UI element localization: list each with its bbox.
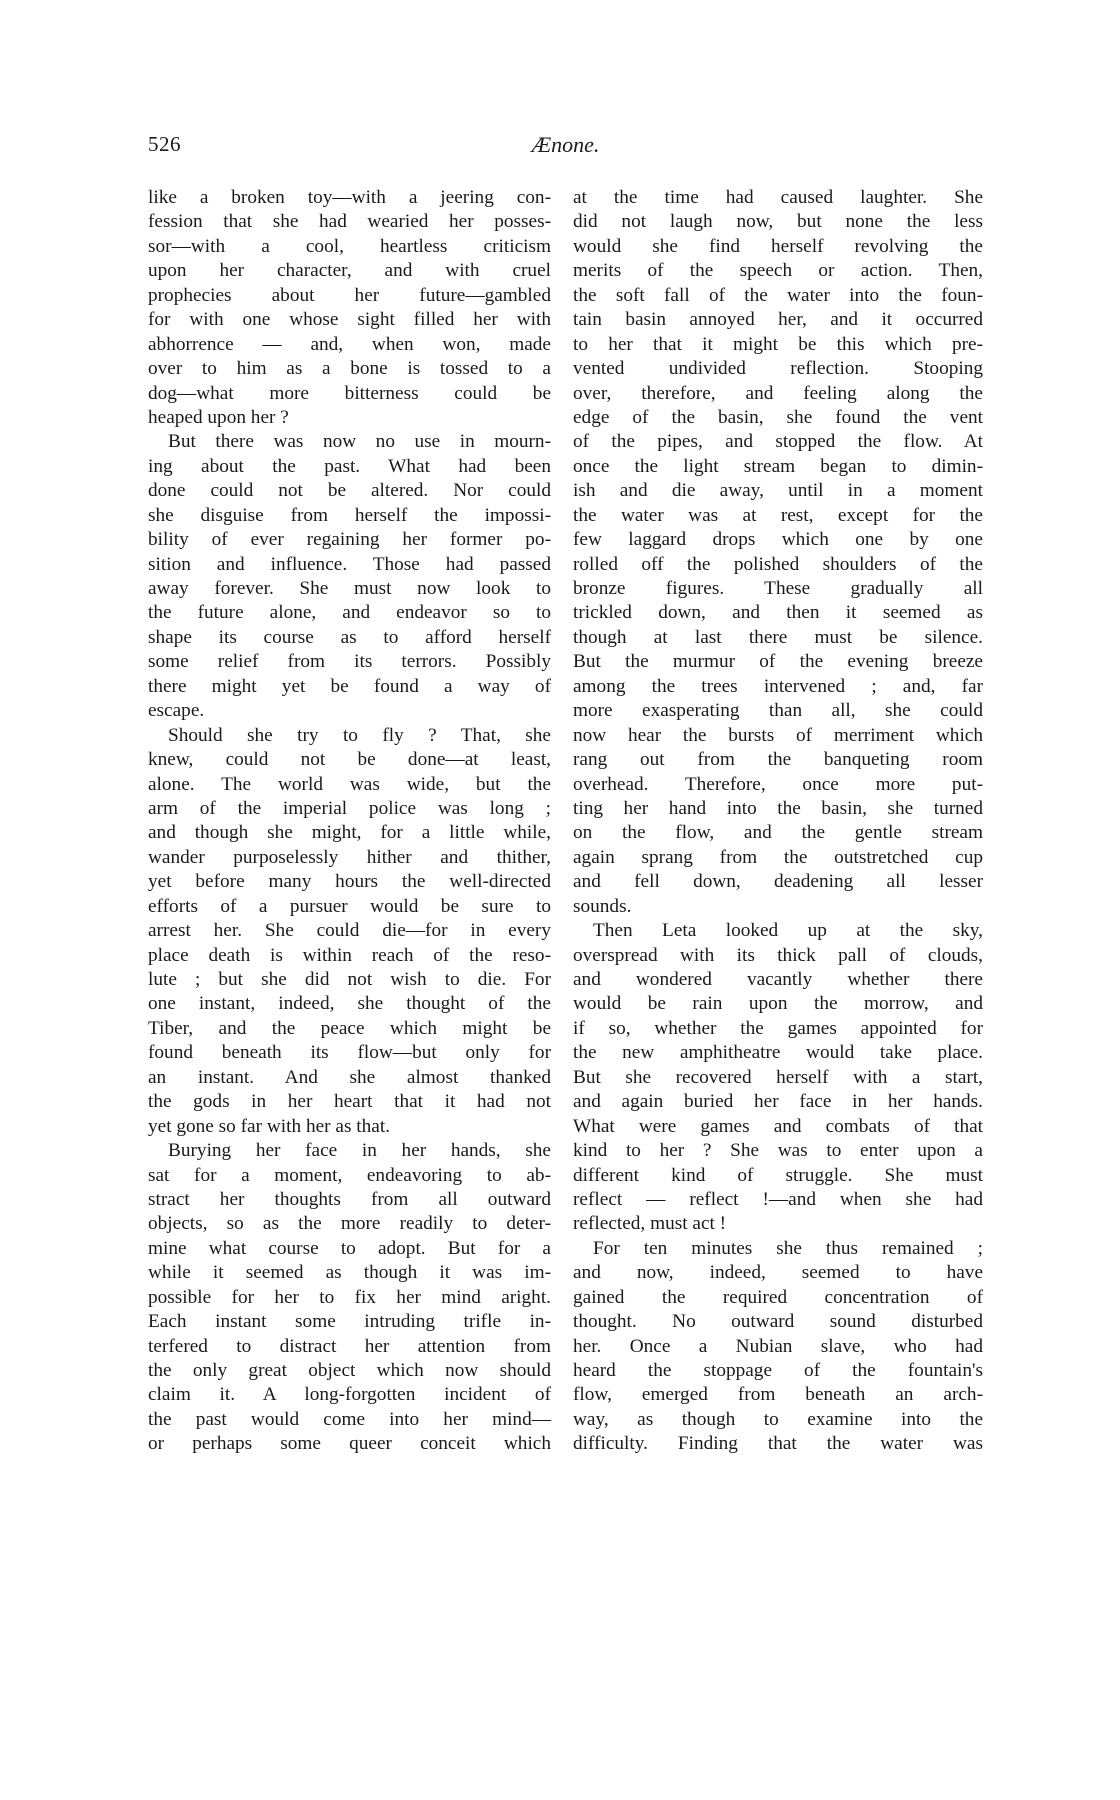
text-line: dog—what more bitterness could be bbox=[148, 382, 551, 406]
text-line: shape its course as to afford herself bbox=[148, 626, 551, 650]
text-line: claim it. A long-forgotten incident of bbox=[148, 1383, 551, 1407]
text-line: few laggard drops which one by one bbox=[573, 528, 983, 552]
text-line: on the flow, and the gentle stream bbox=[573, 821, 983, 845]
text-line: upon her character, and with cruel bbox=[148, 259, 551, 283]
text-line: kind to her ? She was to enter upon a bbox=[573, 1139, 983, 1163]
text-line: reflected, must act ! bbox=[573, 1212, 983, 1236]
text-line: place death is within reach of the reso- bbox=[148, 944, 551, 968]
text-line: escape. bbox=[148, 699, 551, 723]
text-line: Burying her face in her hands, she bbox=[148, 1139, 551, 1163]
text-line: But there was now no use in mourn- bbox=[148, 430, 551, 454]
text-line: Each instant some intruding trifle in- bbox=[148, 1310, 551, 1334]
text-line: bility of ever regaining her former po- bbox=[148, 528, 551, 552]
text-line: would be rain upon the morrow, and bbox=[573, 992, 983, 1016]
text-line: yet gone so far with her as that. bbox=[148, 1115, 551, 1139]
text-line: the new amphitheatre would take place. bbox=[573, 1041, 983, 1065]
text-line: wander purposelessly hither and thither, bbox=[148, 846, 551, 870]
text-line: trickled down, and then it seemed as bbox=[573, 601, 983, 625]
text-line: ing about the past. What had been bbox=[148, 455, 551, 479]
text-line: now hear the bursts of merriment which bbox=[573, 724, 983, 748]
text-line: some relief from its terrors. Possibly bbox=[148, 650, 551, 674]
text-line: to her that it might be this which pre- bbox=[573, 333, 983, 357]
text-line: the past would come into her mind— bbox=[148, 1408, 551, 1432]
text-line: Then Leta looked up at the sky, bbox=[573, 919, 983, 943]
text-line: among the trees intervened ; and, far bbox=[573, 675, 983, 699]
text-line: Tiber, and the peace which might be bbox=[148, 1017, 551, 1041]
text-line: the water was at rest, except for the bbox=[573, 504, 983, 528]
text-line: What were games and combats of that bbox=[573, 1115, 983, 1139]
text-line: the future alone, and endeavor so to bbox=[148, 601, 551, 625]
text-line: heard the stoppage of the fountain's bbox=[573, 1359, 983, 1383]
text-line: the gods in her heart that it had not bbox=[148, 1090, 551, 1114]
text-line: sounds. bbox=[573, 895, 983, 919]
text-line: possible for her to fix her mind aright. bbox=[148, 1286, 551, 1310]
text-line: sat for a moment, endeavoring to ab- bbox=[148, 1164, 551, 1188]
text-line: fession that she had wearied her posses- bbox=[148, 210, 551, 234]
text-line: her. Once a Nubian slave, who had bbox=[573, 1335, 983, 1359]
text-line: over to him as a bone is tossed to a bbox=[148, 357, 551, 381]
text-line: stract her thoughts from all outward bbox=[148, 1188, 551, 1212]
text-line: like a broken toy—with a jeering con- bbox=[148, 186, 551, 210]
text-line: if so, whether the games appointed for bbox=[573, 1017, 983, 1041]
text-line: bronze figures. These gradually all bbox=[573, 577, 983, 601]
text-line: rang out from the banqueting room bbox=[573, 748, 983, 772]
text-line: terfered to distract her attention from bbox=[148, 1335, 551, 1359]
text-line: again sprang from the outstretched cup bbox=[573, 846, 983, 870]
text-line: she disguise from herself the impossi- bbox=[148, 504, 551, 528]
text-line: vented undivided reflection. Stooping bbox=[573, 357, 983, 381]
text-line: done could not be altered. Nor could bbox=[148, 479, 551, 503]
text-line: gained the required concentration of bbox=[573, 1286, 983, 1310]
text-line: tain basin annoyed her, and it occurred bbox=[573, 308, 983, 332]
text-line: yet before many hours the well-directed bbox=[148, 870, 551, 894]
text-line: heaped upon her ? bbox=[148, 406, 551, 430]
text-line: one instant, indeed, she thought of the bbox=[148, 992, 551, 1016]
text-line: for with one whose sight filled her with bbox=[148, 308, 551, 332]
text-line: But the murmur of the evening breeze bbox=[573, 650, 983, 674]
text-line: rolled off the polished shoulders of the bbox=[573, 553, 983, 577]
text-line: an instant. And she almost thanked bbox=[148, 1066, 551, 1090]
text-line: overhead. Therefore, once more put- bbox=[573, 773, 983, 797]
text-line: and fell down, deadening all lesser bbox=[573, 870, 983, 894]
text-line: found beneath its flow—but only for bbox=[148, 1041, 551, 1065]
left-text-column: like a broken toy—with a jeering con-fes… bbox=[148, 186, 551, 1457]
text-line: knew, could not be done—at least, bbox=[148, 748, 551, 772]
text-line: edge of the basin, she found the vent bbox=[573, 406, 983, 430]
text-line: would she find herself revolving the bbox=[573, 235, 983, 259]
text-line: reflect — reflect !—and when she had bbox=[573, 1188, 983, 1212]
text-line: flow, emerged from beneath an arch- bbox=[573, 1383, 983, 1407]
text-line: the only great object which now should bbox=[148, 1359, 551, 1383]
text-line: more exasperating than all, she could bbox=[573, 699, 983, 723]
right-text-column: at the time had caused laughter. Shedid … bbox=[573, 186, 983, 1457]
text-line: away forever. She must now look to bbox=[148, 577, 551, 601]
text-line: there might yet be found a way of bbox=[148, 675, 551, 699]
text-line: sition and influence. Those had passed bbox=[148, 553, 551, 577]
text-line: alone. The world was wide, but the bbox=[148, 773, 551, 797]
text-line: and now, indeed, seemed to have bbox=[573, 1261, 983, 1285]
text-line: and though she might, for a little while… bbox=[148, 821, 551, 845]
text-line: abhorrence — and, when won, made bbox=[148, 333, 551, 357]
text-line: Should she try to fly ? That, she bbox=[148, 724, 551, 748]
text-line: merits of the speech or action. Then, bbox=[573, 259, 983, 283]
text-line: different kind of struggle. She must bbox=[573, 1164, 983, 1188]
text-line: way, as though to examine into the bbox=[573, 1408, 983, 1432]
text-line: of the pipes, and stopped the flow. At bbox=[573, 430, 983, 454]
text-line: arm of the imperial police was long ; bbox=[148, 797, 551, 821]
text-line: once the light stream began to dimin- bbox=[573, 455, 983, 479]
text-line: ting her hand into the basin, she turned bbox=[573, 797, 983, 821]
text-line: sor—with a cool, heartless criticism bbox=[148, 235, 551, 259]
text-line: mine what course to adopt. But for a bbox=[148, 1237, 551, 1261]
text-line: though at last there must be silence. bbox=[573, 626, 983, 650]
text-line: while it seemed as though it was im- bbox=[148, 1261, 551, 1285]
text-line: or perhaps some queer conceit which bbox=[148, 1432, 551, 1456]
text-line: But she recovered herself with a start, bbox=[573, 1066, 983, 1090]
text-line: For ten minutes she thus remained ; bbox=[573, 1237, 983, 1261]
text-line: arrest her. She could die—for in every bbox=[148, 919, 551, 943]
text-line: ish and die away, until in a moment bbox=[573, 479, 983, 503]
text-line: difficulty. Finding that the water was bbox=[573, 1432, 983, 1456]
text-line: thought. No outward sound disturbed bbox=[573, 1310, 983, 1334]
text-line: objects, so as the more readily to deter… bbox=[148, 1212, 551, 1236]
page-header: 526 Ænone. bbox=[148, 132, 983, 162]
running-title: Ænone. bbox=[148, 132, 983, 158]
text-line: and wondered vacantly whether there bbox=[573, 968, 983, 992]
text-line: prophecies about her future—gambled bbox=[148, 284, 551, 308]
text-line: overspread with its thick pall of clouds… bbox=[573, 944, 983, 968]
text-line: efforts of a pursuer would be sure to bbox=[148, 895, 551, 919]
text-line: lute ; but she did not wish to die. For bbox=[148, 968, 551, 992]
text-line: at the time had caused laughter. She bbox=[573, 186, 983, 210]
text-line: the soft fall of the water into the foun… bbox=[573, 284, 983, 308]
text-line: did not laugh now, but none the less bbox=[573, 210, 983, 234]
text-line: over, therefore, and feeling along the bbox=[573, 382, 983, 406]
text-line: and again buried her face in her hands. bbox=[573, 1090, 983, 1114]
